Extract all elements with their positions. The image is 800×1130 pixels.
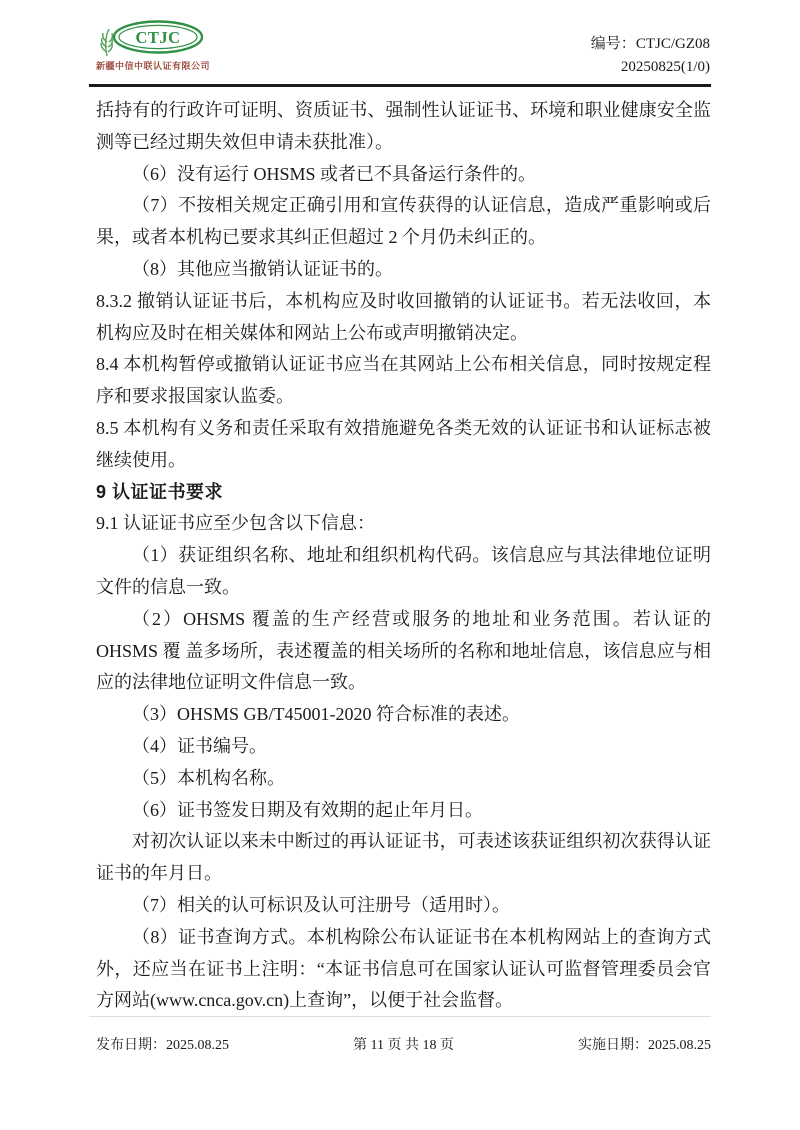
doc-number-line: 编号：CTJC/GZ08 xyxy=(591,33,710,56)
paragraph: （8）其他应当撤销认证证书的。 xyxy=(96,254,711,286)
ctjc-logo-icon: CTJC xyxy=(97,19,205,59)
paragraph: （3）OHSMS GB/T45001-2020 符合标准的表述。 xyxy=(96,699,711,731)
release-date: 发布日期：2025.08.25 xyxy=(96,1034,229,1054)
release-date-label: 发布日期： xyxy=(96,1038,166,1053)
page-footer: 发布日期：2025.08.25 第 11 页 共 18 页 实施日期：2025.… xyxy=(96,1034,711,1054)
paragraph: 对初次认证以来未中断过的再认证证书，可表述该获证组织初次获得认证证书的年月日。 xyxy=(96,826,711,890)
document-page: CTJC 新疆中信中联认证有限公司 编号：CTJC/GZ08 20250825(… xyxy=(0,0,800,1130)
implement-date-label: 实施日期： xyxy=(578,1038,648,1053)
doc-number: CTJC/GZ08 xyxy=(636,36,710,52)
paragraph: （7）不按相关规定正确引用和宣传获得的认证信息，造成严重影响或后果，或者本机构已… xyxy=(96,190,711,254)
section-heading: 9 认证证书要求 xyxy=(96,477,711,509)
doc-number-label: 编号： xyxy=(591,36,636,52)
wheat-icon xyxy=(101,29,112,56)
paragraph: 8.5 本机构有义务和责任采取有效措施避免各类无效的认证证书和认证标志被继续使用… xyxy=(96,413,711,477)
paragraph: （7）相关的认可标识及认可注册号（适用时）。 xyxy=(96,890,711,922)
paragraph: （8）证书查询方式。本机构除公布认证证书在本机构网站上的查询方式外，还应当在证书… xyxy=(96,922,711,1017)
company-name: 新疆中信中联认证有限公司 xyxy=(96,59,210,72)
release-date-value: 2025.08.25 xyxy=(166,1038,229,1053)
paragraph: （2）OHSMS 覆盖的生产经营或服务的地址和业务范围。若认证的 OHSMS 覆… xyxy=(96,604,711,699)
document-number-block: 编号：CTJC/GZ08 20250825(1/0) xyxy=(591,33,710,79)
header-divider xyxy=(89,84,711,87)
paragraph: （1）获证组织名称、地址和组织机构代码。该信息应与其法律地位证明文件的信息一致。 xyxy=(96,540,711,604)
doc-revision: 20250825(1/0) xyxy=(591,56,710,79)
document-body: 括持有的行政许可证明、资质证书、强制性认证证书、环境和职业健康安全监测等已经过期… xyxy=(96,95,711,1017)
implement-date-value: 2025.08.25 xyxy=(648,1038,711,1053)
logo-text: CTJC xyxy=(135,28,180,47)
footer-divider xyxy=(89,1016,711,1017)
paragraph: （4）证书编号。 xyxy=(96,731,711,763)
implement-date: 实施日期：2025.08.25 xyxy=(578,1034,711,1054)
paragraph: 8.4 本机构暂停或撤销认证证书应当在其网站上公布相关信息，同时按规定程序和要求… xyxy=(96,349,711,413)
paragraph: 8.3.2 撤销认证证书后，本机构应及时收回撤销的认证证书。若无法收回，本机构应… xyxy=(96,286,711,350)
paragraph: （6）证书签发日期及有效期的起止年月日。 xyxy=(96,795,711,827)
paragraph: （6）没有运行 OHSMS 或者已不具备运行条件的。 xyxy=(96,159,711,191)
paragraph: （5）本机构名称。 xyxy=(96,763,711,795)
paragraph: 括持有的行政许可证明、资质证书、强制性认证证书、环境和职业健康安全监测等已经过期… xyxy=(96,95,711,159)
page-number: 第 11 页 共 18 页 xyxy=(353,1034,454,1054)
paragraph: 9.1 认证证书应至少包含以下信息： xyxy=(96,508,711,540)
